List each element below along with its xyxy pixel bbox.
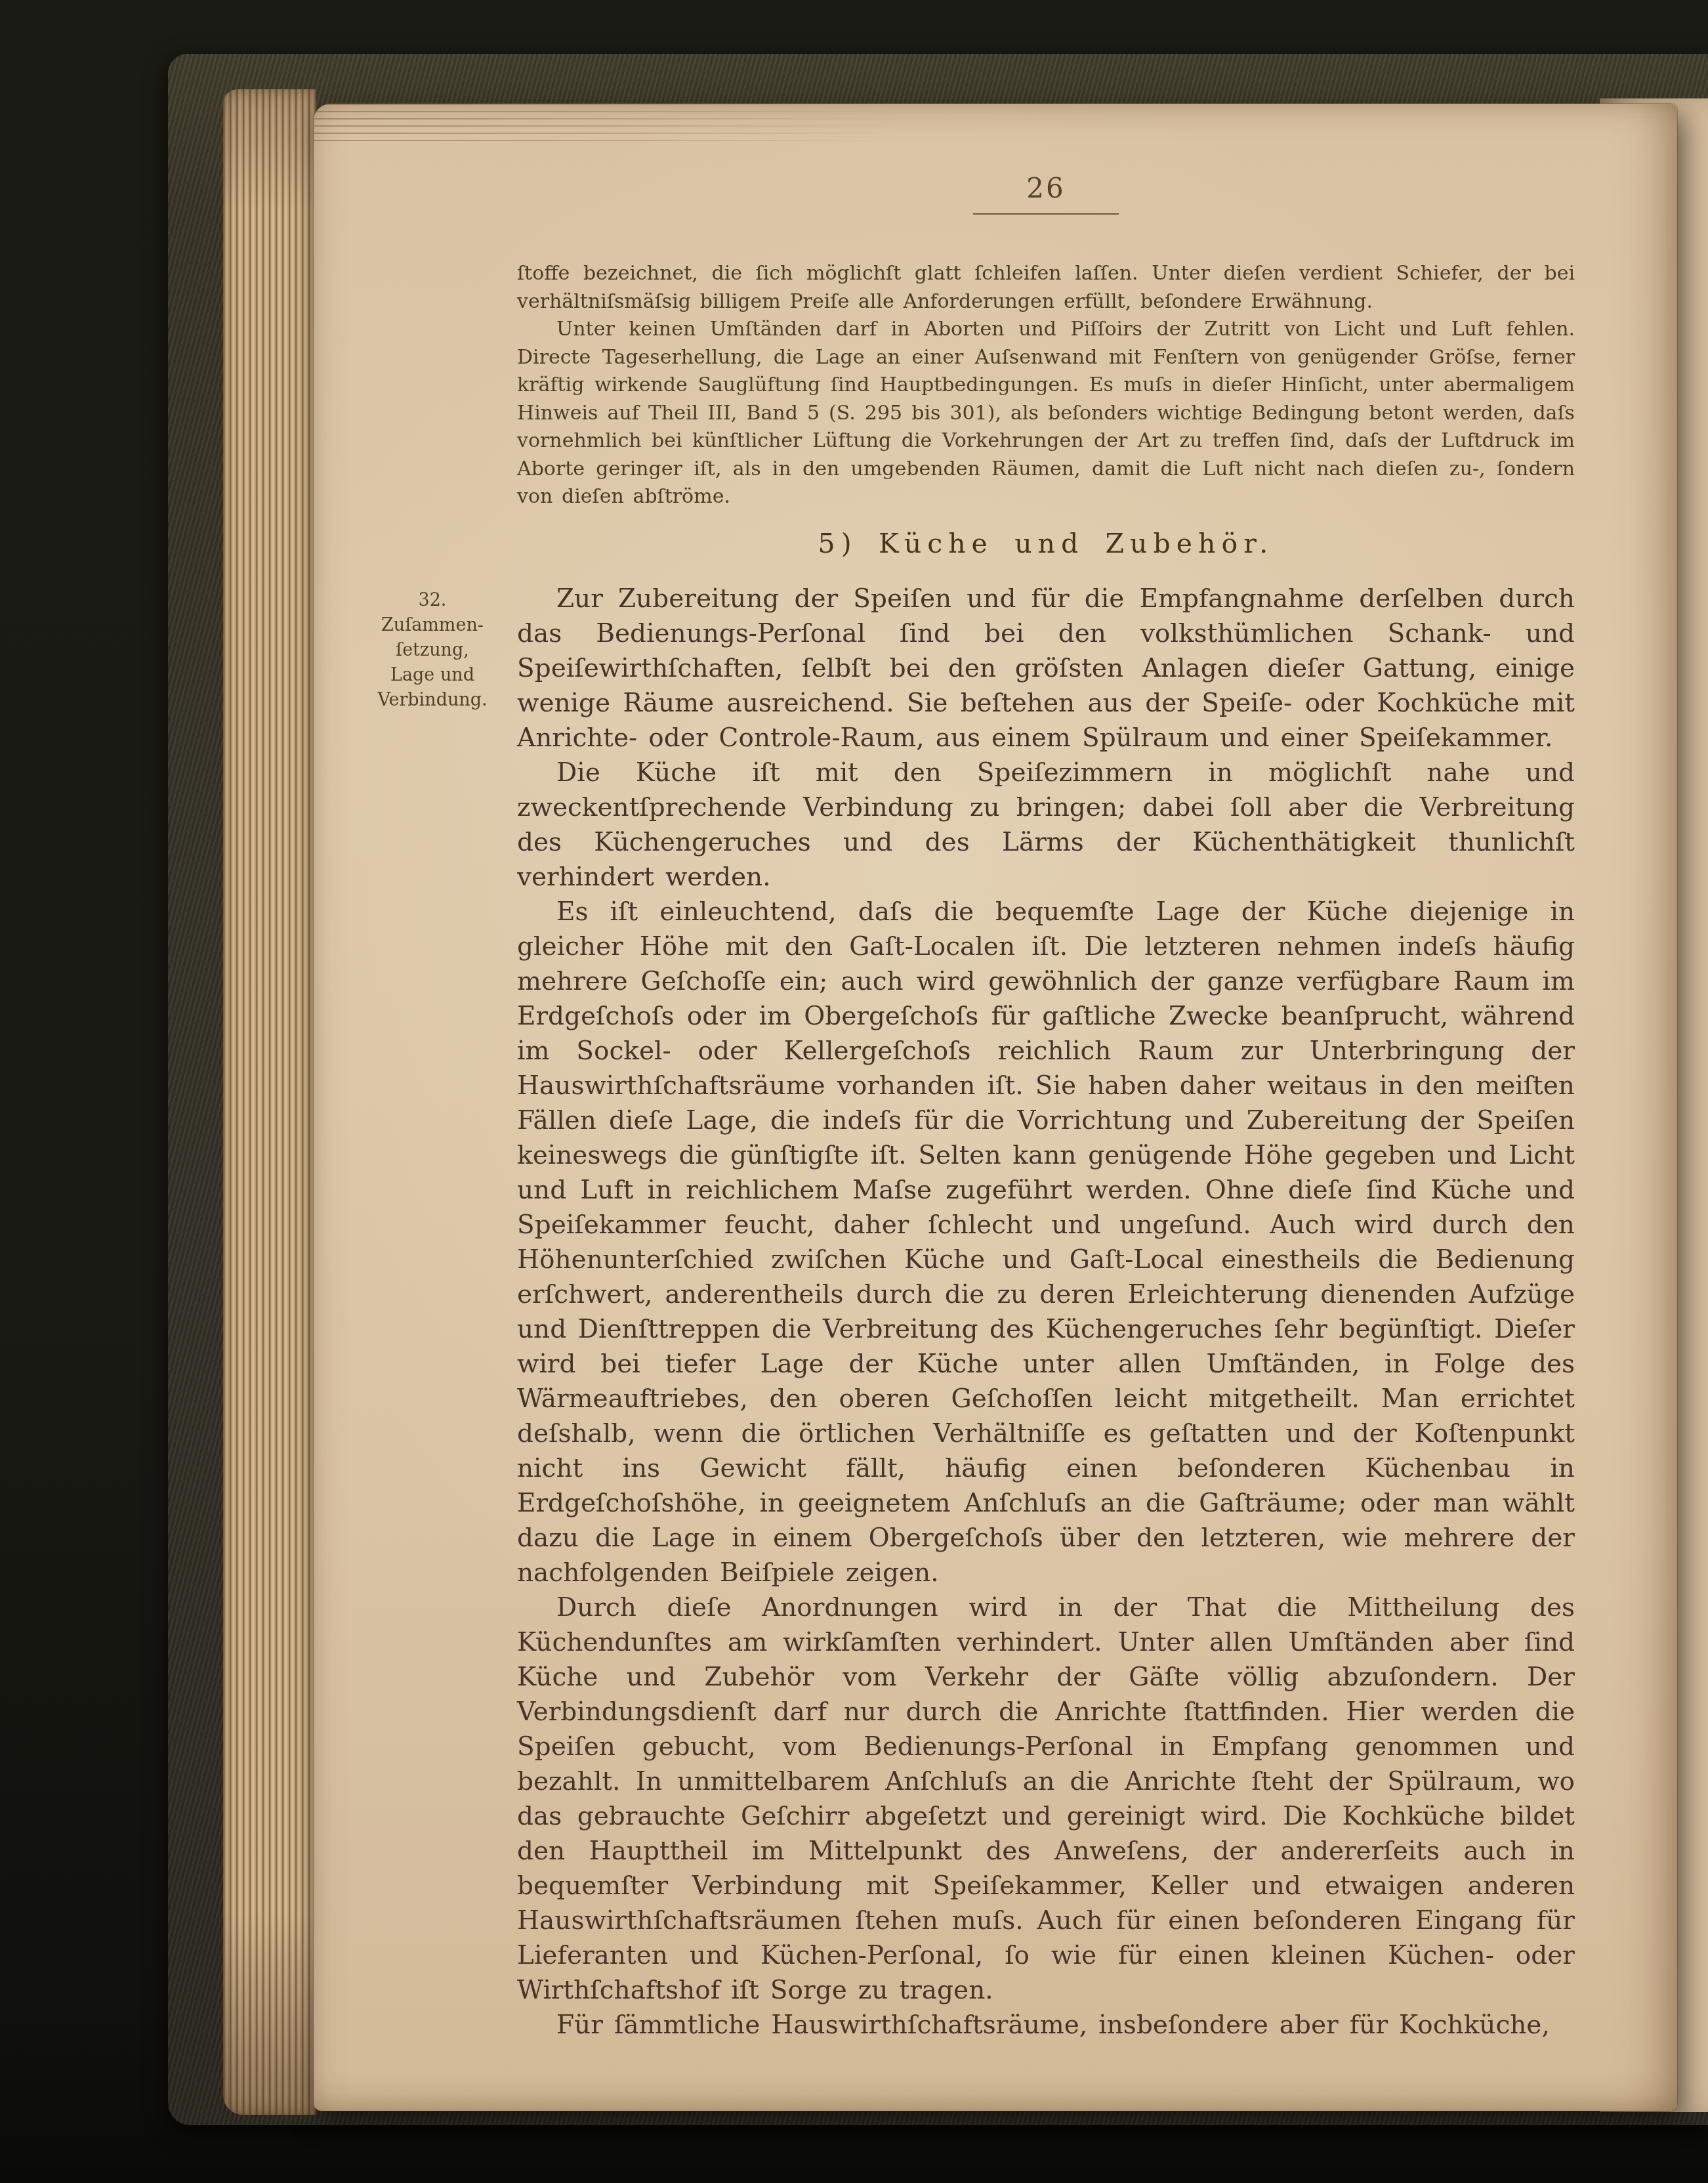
scanned-book-photo: 26 ſtoffe bezeichnet, die ſich möglichſt… bbox=[0, 0, 1708, 2183]
paragraph: Unter keinen Umſtänden darf in Aborten u… bbox=[517, 316, 1575, 511]
paragraph: Es iſt einleuchtend, daſs die bequemſte … bbox=[517, 895, 1575, 1590]
section-body: Zur Zubereitung der Speiſen und für die … bbox=[517, 582, 1575, 2043]
continuation-small-print: ſtoffe bezeichnet, die ſich möglichſt gl… bbox=[517, 260, 1575, 511]
section-heading: 5) Küche und Zubehör. bbox=[517, 528, 1575, 559]
page-stack-fore-edges bbox=[223, 89, 316, 2115]
margin-note-line: 32. bbox=[354, 588, 510, 613]
margin-note-line: Verbindung. bbox=[354, 688, 510, 713]
page-number-rule bbox=[973, 213, 1119, 215]
paragraph: Zur Zubereitung der Speiſen und für die … bbox=[517, 582, 1575, 755]
page-number: 26 bbox=[517, 172, 1575, 204]
paragraph: ſtoffe bezeichnet, die ſich möglichſt gl… bbox=[517, 260, 1575, 316]
page-top-edge-layers bbox=[314, 104, 957, 144]
margin-note: 32. Zuſammen- ſetzung, Lage und Verbindu… bbox=[354, 588, 510, 713]
paragraph: Durch dieſe Anordnungen wird in der That… bbox=[517, 1590, 1575, 2008]
paragraph: Die Küche iſt mit den Speiſezimmern in m… bbox=[517, 755, 1575, 895]
paragraph: Für ſämmtliche Hauswirthſchaftsräume, in… bbox=[517, 2008, 1575, 2043]
margin-note-line: Zuſammen- bbox=[354, 613, 510, 638]
book-page: 26 ſtoffe bezeichnet, die ſich möglichſt… bbox=[314, 104, 1677, 2111]
page-header: 26 bbox=[517, 172, 1575, 215]
margin-note-line: Lage und bbox=[354, 663, 510, 688]
margin-note-line: ſetzung, bbox=[354, 638, 510, 663]
